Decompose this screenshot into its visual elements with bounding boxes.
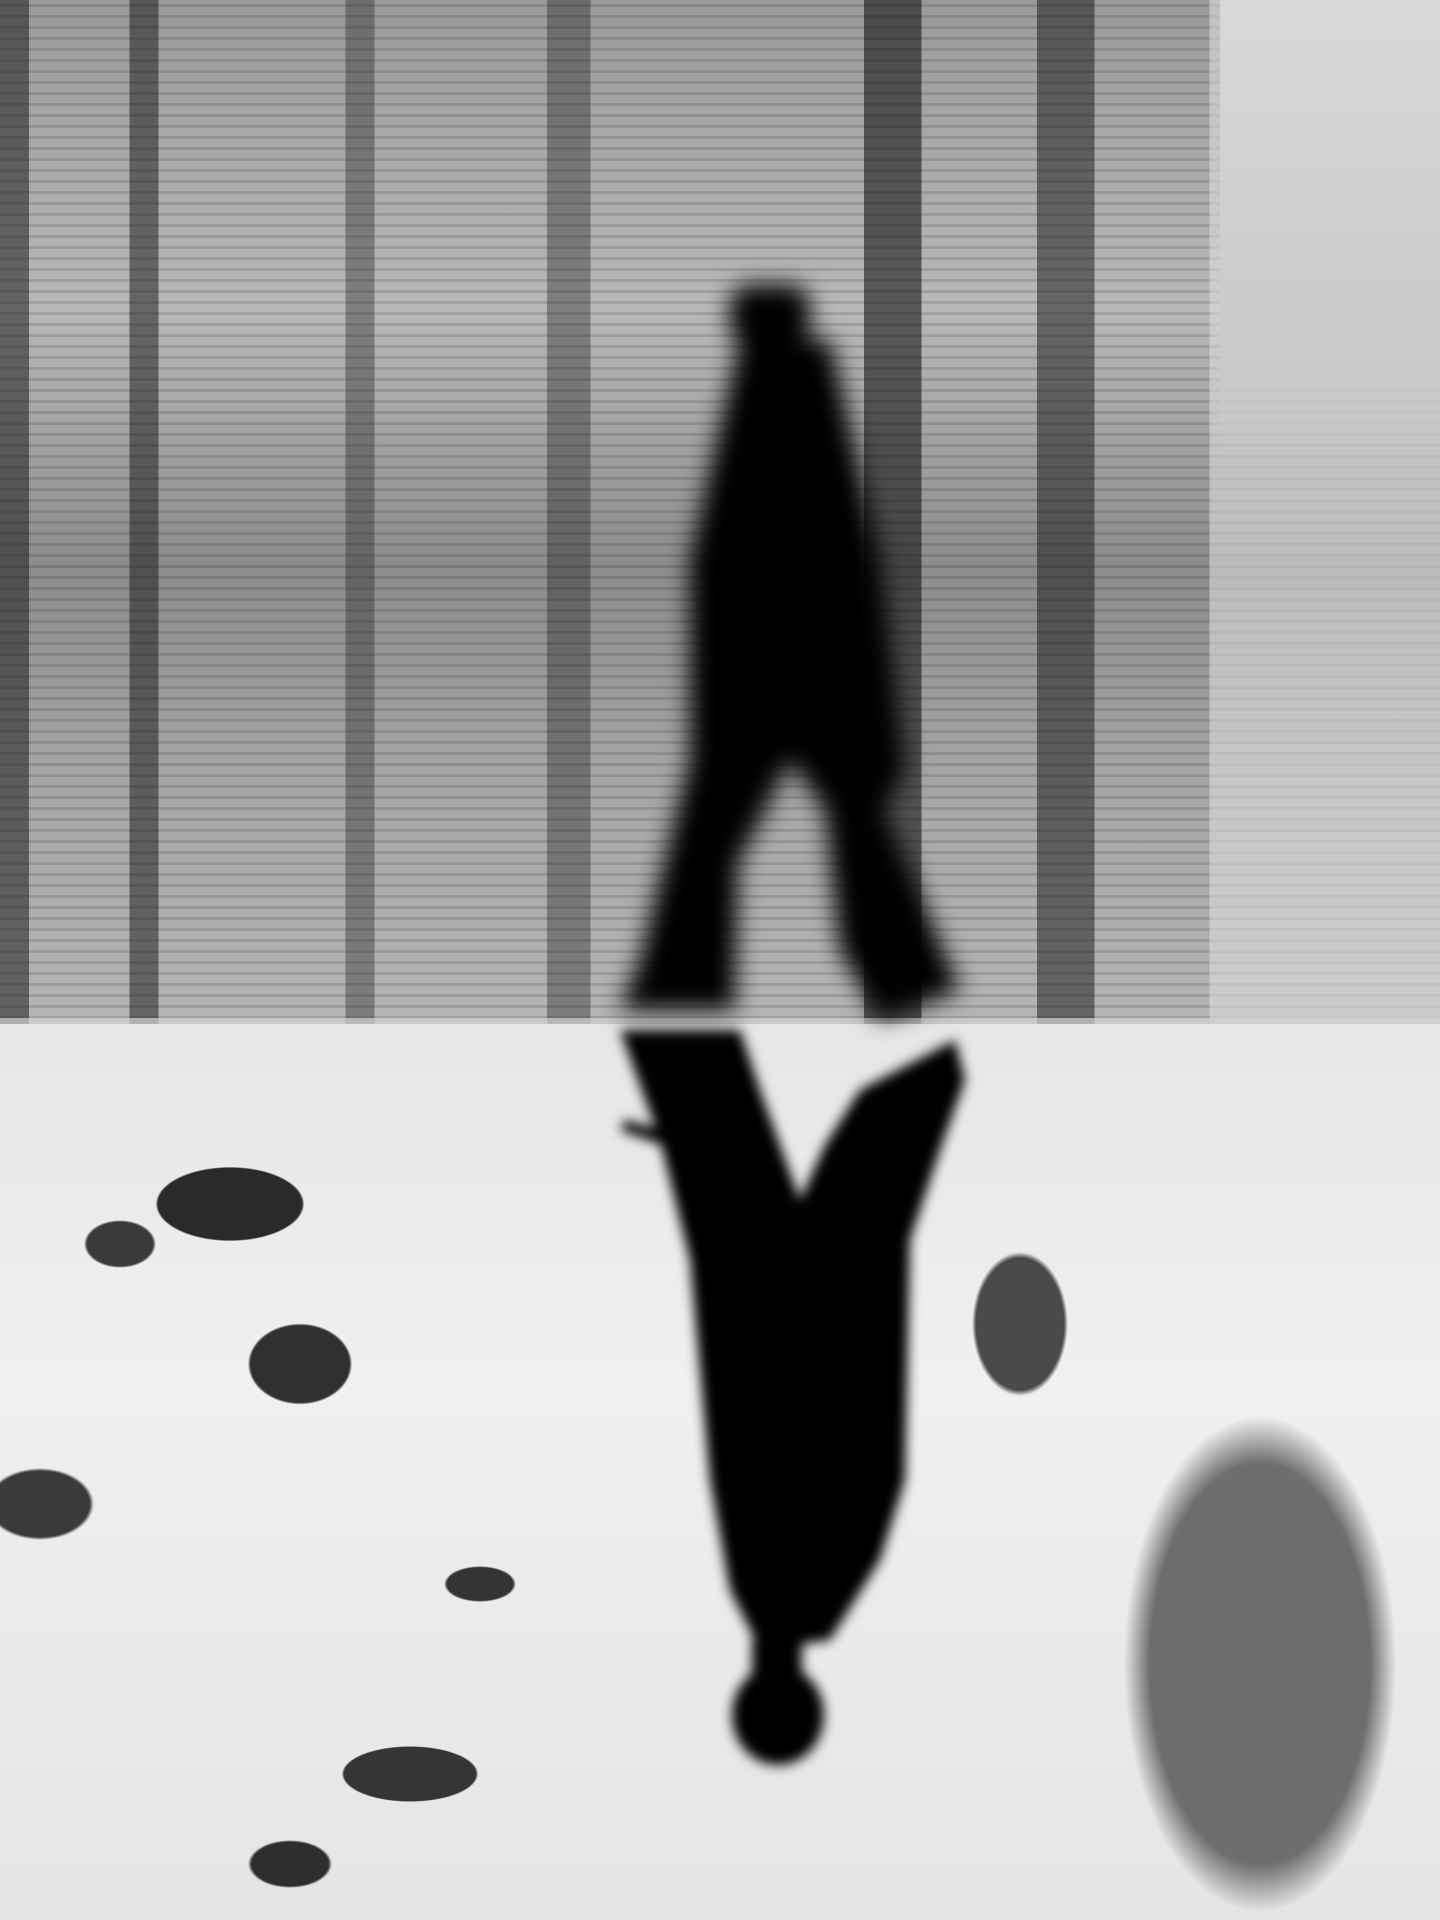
silhouette-figure — [620, 1030, 965, 1765]
person-silhouette — [0, 0, 1440, 1920]
silhouette-reflection — [620, 285, 960, 1020]
photograph — [0, 0, 1440, 1920]
